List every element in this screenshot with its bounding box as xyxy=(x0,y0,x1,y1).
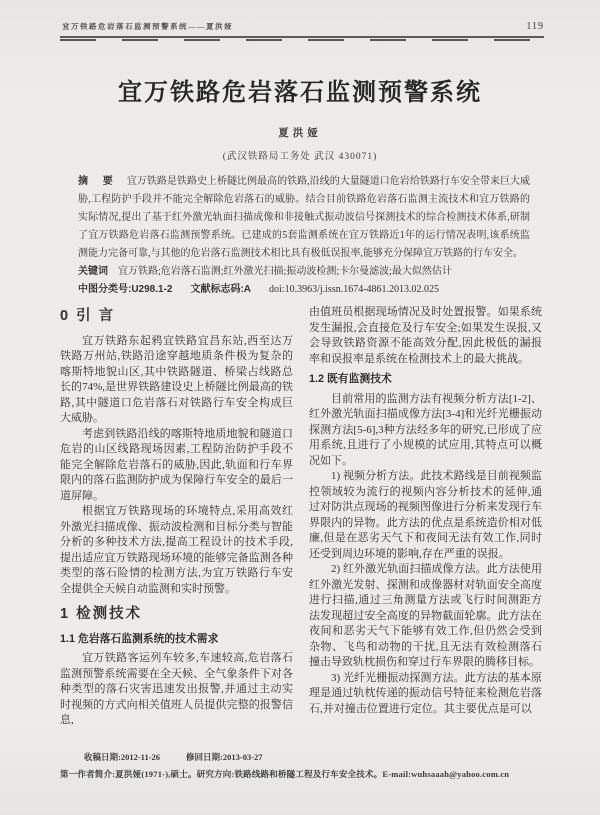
footnote-dates: 收稿日期:2012-11-26 修回日期:2013-03-27 xyxy=(84,751,544,763)
document-code: 文献标志码:A xyxy=(190,281,251,299)
paragraph: 目前常用的监测方法有视频分析方法[1-2]、红外激光轨面扫描成像方法[3-4]和… xyxy=(309,392,542,470)
two-column-body: 0 引 言 宜万铁路东起鸦宜铁路宜昌东站,西至达万铁路万州站,铁路沿途穿越地质条… xyxy=(60,305,542,743)
footnote-block: 收稿日期:2012-11-26 修回日期:2013-03-27 第一作者简介:夏… xyxy=(60,744,544,780)
keywords-line: 关键词宜万铁路;危岩落石监测;红外激光扫描;振动波检测;卡尔曼滤波;最大似然估计 xyxy=(78,263,530,281)
paragraph: 2) 红外激光轨面扫描成像方法。此方法使用红外激光发射、探测和成像器材对轨面安全… xyxy=(309,562,542,671)
paragraph: 考虑到铁路沿线的喀斯特地质地貌和隧道口危岩的山区线路现场因素,工程防治防护手段不… xyxy=(60,427,293,505)
running-header-title: 宜万铁路危岩落石监测预警系统——夏洪娅 xyxy=(62,21,234,32)
section-0-heading: 0 引 言 xyxy=(60,309,293,325)
keywords-label: 关键词 xyxy=(78,266,108,277)
classification-line: 中图分类号:U298.1-2 文献标志码:A doi:10.3963/j.iss… xyxy=(78,281,530,299)
section-1-1-heading: 1.1 危岩落石监测系统的技术需求 xyxy=(60,632,293,648)
doi: doi:10.3963/j.issn.1674-4861.2013.02.025 xyxy=(269,281,439,299)
abstract-paragraph: 摘 要宜万铁路是铁路史上桥隧比例最高的铁路,沿线的大量隧道口危岩给铁路行车安全带… xyxy=(78,173,530,263)
section-1-heading: 1 检测技术 xyxy=(60,607,293,623)
footnote-rule xyxy=(60,744,210,745)
author-name: 夏洪娅 xyxy=(0,125,600,140)
section-1-2-heading: 1.2 既有监测技术 xyxy=(309,372,542,388)
abstract-block: 摘 要宜万铁路是铁路史上桥隧比例最高的铁路,沿线的大量隧道口危岩给铁路行车安全带… xyxy=(78,173,530,299)
abstract-text: 宜万铁路是铁路史上桥隧比例最高的铁路,沿线的大量隧道口危岩给铁路行车安全带来巨大… xyxy=(78,176,530,259)
right-column: 由值班员根据现场情况及时处置报警。如果系统发生漏报,会直接危及行车安全;如果发生… xyxy=(309,305,542,743)
received-date: 收稿日期:2012-11-26 xyxy=(84,751,160,763)
paragraph: 宜万铁路客运列车较多,车速较高,危岩落石监测预警系统需要在全天候、全气象条件下对… xyxy=(60,651,293,729)
paragraph: 根据宜万铁路现场的环境特点,采用高效红外激光扫描成像、振动波检测和目标分类与智能… xyxy=(60,504,293,597)
paragraph: 1) 视频分析方法。此技术路线是目前视频监控领域较为流行的视频内容分析技术的延伸… xyxy=(309,469,542,562)
revised-date: 修回日期:2013-03-27 xyxy=(186,751,263,763)
paragraph: 宜万铁路东起鸦宜铁路宜昌东站,西至达万铁路万州站,铁路沿途穿越地质条件极为复杂的… xyxy=(60,334,293,427)
paragraph: 3) 光纤光栅振动探测方法。此方法的基本原理是通过轨枕传递的振动信号特征来检测危… xyxy=(309,671,542,718)
header-rule xyxy=(60,36,544,41)
keywords-text: 宜万铁路;危岩落石监测;红外激光扫描;振动波检测;卡尔曼滤波;最大似然估计 xyxy=(118,266,452,277)
author-affiliation: (武汉铁路局工务处 武汉 430071) xyxy=(0,148,600,162)
paper-page: 宜万铁路危岩落石监测预警系统——夏洪娅 119 宜万铁路危岩落石监测预警系统 夏… xyxy=(0,0,600,815)
header-rule-dashes xyxy=(60,39,544,42)
header-rule-solid xyxy=(60,36,544,38)
running-header: 宜万铁路危岩落石监测预警系统——夏洪娅 119 xyxy=(62,21,544,32)
first-author-bio: 第一作者简介:夏洪娅(1971-),硕士。研究方向:铁路线路和桥隧工程及行车安全… xyxy=(60,768,544,780)
abstract-label: 摘 要 xyxy=(78,176,119,187)
paragraph: 由值班员根据现场情况及时处置报警。如果系统发生漏报,会直接危及行车安全;如果发生… xyxy=(309,305,542,367)
paper-title: 宜万铁路危岩落石监测预警系统 xyxy=(0,72,600,107)
clc-number: 中图分类号:U298.1-2 xyxy=(78,281,172,299)
page-number: 119 xyxy=(526,21,544,32)
left-column: 0 引 言 宜万铁路东起鸦宜铁路宜昌东站,西至达万铁路万州站,铁路沿途穿越地质条… xyxy=(60,305,293,743)
